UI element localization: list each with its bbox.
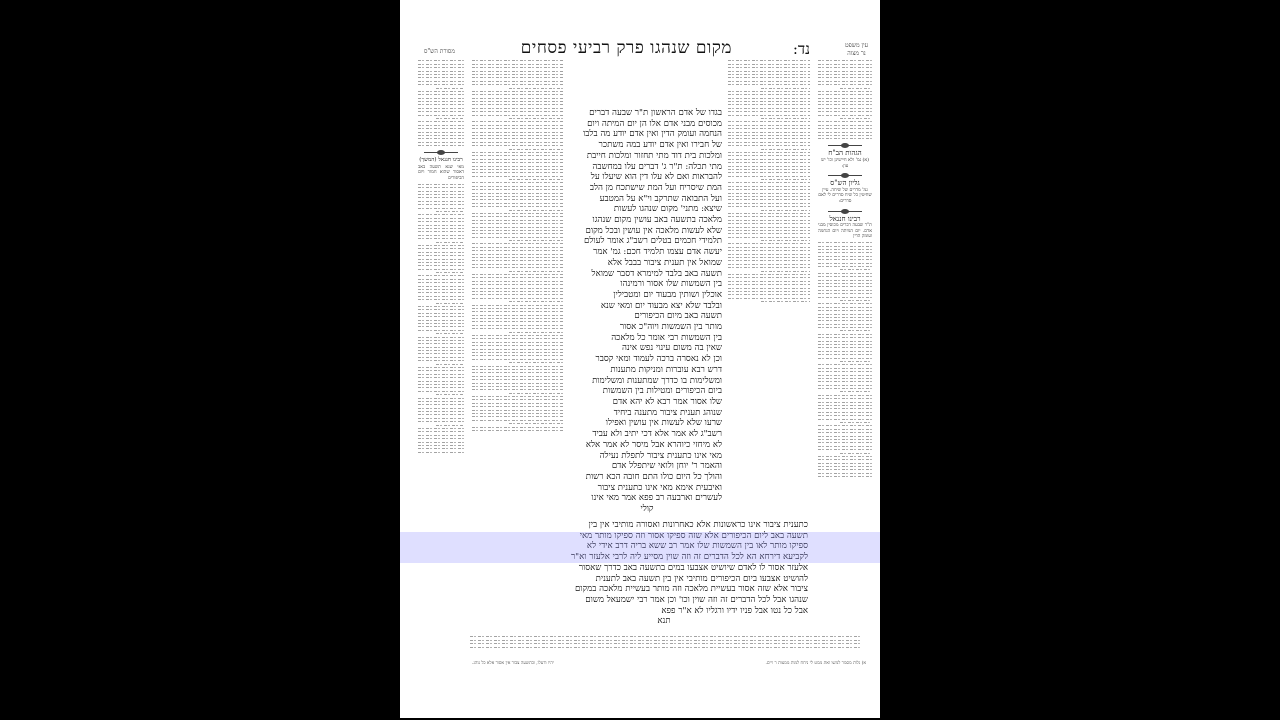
- commentary-text-line: [472, 254, 564, 255]
- commentary-text-line: [509, 332, 564, 333]
- commentary-text-line: [818, 135, 872, 136]
- commentary-text-line: [472, 379, 564, 380]
- commentary-text-line: [818, 456, 872, 457]
- commentary-text-line: [728, 176, 810, 177]
- commentary-text-line: [472, 155, 564, 156]
- gemara-line: ואיבעית אימא מאי אינו כתענית ציבור: [572, 483, 722, 494]
- commentary-text-line: [472, 383, 564, 384]
- commentary-text-line: [418, 408, 464, 409]
- commentary-text-line: [509, 179, 564, 180]
- commentary-text-line: [728, 182, 810, 183]
- commentary-text-line: [818, 354, 872, 355]
- hagahot-heading: הגהות הב"ח: [818, 151, 872, 157]
- commentary-text-line: [728, 91, 810, 92]
- commentary-text-line: [728, 98, 810, 99]
- commentary-text-line: [728, 74, 810, 75]
- commentary-text-line: [418, 225, 464, 226]
- commentary-text-line: [418, 64, 464, 65]
- commentary-text-line: [472, 396, 564, 397]
- commentary-text-line: [418, 313, 464, 314]
- commentary-text-line: [472, 427, 564, 428]
- commentary-text-line: [818, 310, 872, 311]
- commentary-text-line: [728, 94, 810, 95]
- commentary-text-line: [418, 387, 464, 388]
- commentary-text-line: [728, 60, 810, 61]
- commentary-text-line: [818, 371, 872, 372]
- commentary-text-line: [728, 247, 810, 248]
- commentary-text-line: [418, 74, 464, 75]
- commentary-text-line: [418, 228, 464, 229]
- commentary-text-line: [418, 323, 464, 324]
- commentary-text-line: [418, 428, 464, 429]
- commentary-text-line: [472, 338, 564, 339]
- right-margin-commentary: הגהות הב"ח (א) גמ' ולא חיישינן וכו' יש ע…: [818, 58, 872, 480]
- commentary-text-line: [418, 448, 464, 449]
- commentary-text-line: [818, 259, 872, 260]
- commentary-text-line: [472, 142, 564, 143]
- commentary-text-line: [418, 350, 464, 351]
- ein-mishpat-line1: עין משפט: [845, 42, 868, 50]
- commentary-text-line: [818, 436, 872, 437]
- commentary-text-line: [418, 77, 464, 78]
- commentary-text-line: [472, 305, 564, 306]
- commentary-text-line: [418, 330, 464, 331]
- commentary-text-line: [418, 398, 464, 399]
- page-title: מקום שנהגו פרק רביעי פסחים: [521, 38, 732, 58]
- commentary-text-line: [472, 372, 564, 373]
- commentary-text-line: [818, 442, 872, 443]
- commentary-text-line: [728, 132, 810, 133]
- commentary-text-line: [728, 237, 810, 238]
- commentary-text-line: [728, 77, 810, 78]
- commentary-text-line: [818, 439, 872, 440]
- tosafot-column: [472, 58, 564, 433]
- commentary-text-line: [728, 71, 810, 72]
- commentary-text-line: [418, 391, 464, 392]
- ein-mishpat-line2: נר מצוה: [845, 50, 868, 58]
- commentary-text-line: [818, 463, 872, 464]
- commentary-text-line: [472, 159, 564, 160]
- commentary-text-line: [418, 184, 464, 185]
- commentary-text-line: [472, 345, 564, 346]
- commentary-text-line: [818, 375, 872, 376]
- gemara-lower-line: אבל כל נטו אבל פניו ידיו ורגליו לא א"ר פ…: [520, 606, 808, 617]
- commentary-text-line: [418, 374, 464, 375]
- commentary-text-line: [818, 476, 872, 477]
- commentary-text-line: [509, 210, 564, 211]
- gemara-line: ומשלימות בו כדרך שמתענות ומשלימות: [572, 376, 722, 387]
- commentary-text-line: [418, 191, 464, 192]
- commentary-text-line: [418, 111, 464, 112]
- commentary-text-line: [418, 269, 464, 270]
- gemara-line: הנחמה ועומק הדין ואין אדם יודע מה בלבו: [572, 129, 722, 140]
- commentary-text-line: [728, 67, 810, 68]
- gemara-lower-line: ציבור אלא שזה אסור בעשיית מלאכה וזה מותר…: [520, 584, 808, 595]
- commentary-text-line: [818, 266, 872, 267]
- left-rabbeinu-chananel-heading: רבינו חננאל (המשך): [418, 158, 464, 164]
- gemara-line: תלמידי חכמים בטלים רשב"ג אומר לעולם: [572, 236, 722, 247]
- commentary-text-line: [728, 81, 810, 82]
- commentary-text-line: [418, 201, 464, 202]
- commentary-text-line: [418, 343, 464, 344]
- commentary-text-line: [418, 452, 464, 453]
- commentary-text-line: [818, 297, 872, 298]
- commentary-text-line: [472, 108, 564, 109]
- gemara-line: שלא לעשות מלאכה אין עושין ובכל מקום: [572, 226, 722, 237]
- commentary-text-line: [472, 74, 564, 75]
- commentary-text-line: [472, 213, 564, 214]
- commentary-text-line: [418, 370, 464, 371]
- commentary-text-line: [818, 121, 872, 122]
- commentary-text-line: [509, 118, 564, 119]
- commentary-text-line: [472, 237, 564, 238]
- commentary-text-line: [418, 132, 464, 133]
- commentary-text-line: [418, 367, 464, 368]
- commentary-text-line: [418, 248, 464, 249]
- commentary-text-line: [728, 152, 810, 153]
- commentary-text-line: [418, 445, 464, 446]
- commentary-text-line: [418, 414, 464, 415]
- commentary-text-line: [818, 94, 872, 95]
- mesoret-hashas-text: [418, 60, 464, 146]
- commentary-text-line: [472, 386, 564, 387]
- commentary-text-line: [472, 430, 564, 431]
- gemara-lower-line: לקביעא דירחא הא לכל הדברים זה וזה שוין מ…: [520, 552, 808, 563]
- commentary-text-line: [818, 104, 872, 105]
- commentary-text-line: [761, 210, 810, 211]
- commentary-text-line: [418, 292, 464, 293]
- commentary-text-line: [472, 104, 564, 105]
- commentary-text-line: [818, 405, 872, 406]
- commentary-text-line: [418, 194, 464, 195]
- commentary-text-line: [818, 446, 872, 447]
- commentary-text-line: [472, 399, 564, 400]
- commentary-text-line: [472, 71, 564, 72]
- commentary-text-line: [436, 425, 464, 426]
- commentary-text-line: [728, 145, 810, 146]
- commentary-text-line: [472, 349, 564, 350]
- ein-mishpat-text: [818, 60, 872, 139]
- commentary-text-line: [818, 317, 872, 318]
- gemara-lower-line: ספיקו מותר לאו בין השמשות שלו אמר רב ששא…: [520, 541, 808, 552]
- commentary-text-line: [418, 404, 464, 405]
- commentary-text-line: [509, 88, 564, 89]
- commentary-text-line: [761, 240, 810, 241]
- commentary-text-line: [840, 88, 872, 89]
- commentary-text-line: [418, 340, 464, 341]
- ornament-divider-icon: [828, 173, 862, 178]
- commentary-text-line: [418, 231, 464, 232]
- commentary-text-line: [418, 238, 464, 239]
- commentary-text-line: [818, 469, 872, 470]
- talmud-page: עין משפט נר מצוה נד: מקום שנהגו פרק רביע…: [400, 0, 880, 718]
- commentary-text-line: [472, 288, 564, 289]
- commentary-text-line: [728, 243, 810, 244]
- footnote-left: יהיו ודעלו, ובתשעה צבור אין אסור אלא כל …: [472, 660, 554, 666]
- rabbeinu-chananel-text: ת"ר שבעה דברים מכוסין מבני אדם. יום המית…: [818, 223, 872, 240]
- commentary-text-line: [840, 453, 872, 454]
- ornament-divider-icon: [424, 150, 458, 155]
- commentary-text-line: [472, 247, 564, 248]
- commentary-text-line: [509, 393, 564, 394]
- commentary-text-line: [472, 264, 564, 265]
- commentary-text-line: [472, 220, 564, 221]
- commentary-text-line: [418, 411, 464, 412]
- commentary-text-line: [728, 264, 810, 265]
- commentary-text-line: [818, 307, 872, 308]
- commentary-text-line: [728, 108, 810, 109]
- commentary-text-line: [472, 125, 564, 126]
- gemara-line: תשעה באב מיום הכיפורים: [572, 311, 722, 322]
- commentary-text-line: [509, 301, 564, 302]
- commentary-text-line: [418, 245, 464, 246]
- commentary-text-line: [728, 142, 810, 143]
- commentary-text-line: [818, 381, 872, 382]
- commentary-text-line: [472, 318, 564, 319]
- commentary-text-line: [818, 138, 872, 139]
- commentary-text-line: [472, 267, 564, 268]
- commentary-text-line: [728, 166, 810, 167]
- commentary-text-line: [818, 412, 872, 413]
- commentary-text-line: [818, 81, 872, 82]
- commentary-text-line: [418, 218, 464, 219]
- commentary-text-line: [418, 381, 464, 382]
- commentary-text-line: [728, 159, 810, 160]
- commentary-text-line: [472, 81, 564, 82]
- commentary-text-line: [418, 135, 464, 136]
- commentary-text-line: [818, 252, 872, 253]
- commentary-text-line: [818, 132, 872, 133]
- commentary-text-line: [728, 199, 810, 200]
- commentary-text-line: [818, 108, 872, 109]
- commentary-text-line: [472, 260, 564, 261]
- gemara-line: אוכלין ושותין מבעוד יום ומטבילין: [572, 290, 722, 301]
- commentary-text-line: [728, 101, 810, 102]
- commentary-text-line: [418, 197, 464, 198]
- commentary-text-line: [418, 347, 464, 348]
- commentary-text-line: [472, 281, 564, 282]
- commentary-text-line: [472, 101, 564, 102]
- commentary-text-line: [728, 193, 810, 194]
- commentary-text-line: [418, 401, 464, 402]
- commentary-text-line: [818, 344, 872, 345]
- commentary-text-line: [728, 233, 810, 234]
- commentary-text-line: [472, 199, 564, 200]
- commentary-text-line: [818, 91, 872, 92]
- commentary-text-line: [840, 422, 872, 423]
- left-rabbeinu-chananel-text: מאי שנא תשעה באב דאסור שהוא חמור ויום הכ…: [418, 165, 464, 182]
- commentary-text-line: [728, 138, 810, 139]
- gemara-lower-line: אלעזר אסור לו לאדם שיושיט אצבעו במים בתש…: [520, 563, 808, 574]
- commentary-text-line: [818, 290, 872, 291]
- gemara-line: והאמר ר' יוחן ולואי שיתפלל אדם: [572, 461, 722, 472]
- gemara-lower-line: תנא: [520, 616, 808, 627]
- commentary-text-line: [472, 284, 564, 285]
- commentary-text-line: [728, 196, 810, 197]
- commentary-text-line: [818, 341, 872, 342]
- gemara-line: מלאכה בתשעה באב עושין מקום שנהגו: [572, 215, 722, 226]
- commentary-text-line: [818, 351, 872, 352]
- commentary-text-line: [472, 91, 564, 92]
- gemara-line: לא מיחזי כיוהרא אבל מיסר לא אמר אלא: [572, 440, 722, 451]
- commentary-text-line: [472, 325, 564, 326]
- commentary-text-line: [436, 394, 464, 395]
- commentary-text-line: [818, 242, 872, 243]
- commentary-text-line: [436, 272, 464, 273]
- gemara-main-text: בגדו של אדם הראשון ת"ר שבעה דבריםמכוסים …: [572, 108, 722, 518]
- commentary-text-line: [472, 115, 564, 116]
- commentary-text-line: [728, 111, 810, 112]
- commentary-text-line: [418, 289, 464, 290]
- rabbeinu-chananel-continued: [818, 242, 872, 477]
- commentary-text-line: [818, 459, 872, 460]
- commentary-text-line: [418, 438, 464, 439]
- commentary-text-line: [472, 257, 564, 258]
- commentary-text-line: [728, 257, 810, 258]
- commentary-text-line: [436, 364, 464, 365]
- commentary-text-line: [818, 320, 872, 321]
- commentary-text-line: [728, 169, 810, 170]
- commentary-text-line: [818, 327, 872, 328]
- commentary-text-line: [472, 243, 564, 244]
- commentary-text-line: [818, 398, 872, 399]
- commentary-text-line: [818, 256, 872, 257]
- commentary-text-line: [418, 91, 464, 92]
- commentary-text-line: [818, 385, 872, 386]
- gemara-lower-lines: כתענית ציבור אינו כראשונות אלא כאחרונות …: [520, 520, 808, 627]
- commentary-text-line: [418, 262, 464, 263]
- commentary-text-line: [418, 104, 464, 105]
- commentary-text-line: [472, 403, 564, 404]
- commentary-text-line: [472, 128, 564, 129]
- commentary-text-line: [472, 203, 564, 204]
- commentary-text-line: [472, 420, 564, 421]
- commentary-text-line: [818, 77, 872, 78]
- gemara-line: מתי תכלה: ת"ר ג' דברים עלו במחשבה: [572, 162, 722, 173]
- commentary-text-line: [472, 169, 564, 170]
- commentary-text-line: [470, 643, 862, 644]
- commentary-text-line: [418, 84, 464, 85]
- commentary-text-line: [472, 328, 564, 329]
- gemara-line: מותר בין השמשות ויוה"כ אסור: [572, 322, 722, 333]
- commentary-text-line: [418, 214, 464, 215]
- commentary-text-line: [818, 466, 872, 467]
- commentary-text-line: [472, 335, 564, 336]
- hagahot-text: (א) גמ' ולא חיישינן וכו' יש עון:: [818, 158, 872, 169]
- commentary-text-line: [728, 64, 810, 65]
- commentary-text-line: [818, 473, 872, 474]
- commentary-text-line: [818, 408, 872, 409]
- commentary-text-line: [472, 308, 564, 309]
- commentary-text-line: [418, 353, 464, 354]
- commentary-text-line: [840, 118, 872, 119]
- rabbeinu-chananel-heading: רבינו חננאל: [818, 217, 872, 223]
- commentary-text-line: [818, 324, 872, 325]
- commentary-text-line: [818, 449, 872, 450]
- commentary-text-line: [472, 60, 564, 61]
- commentary-text-line: [418, 115, 464, 116]
- tosafot-text: [472, 60, 564, 431]
- commentary-text-line: [728, 294, 810, 295]
- commentary-text-line: [418, 275, 464, 276]
- commentary-text-line: [418, 286, 464, 287]
- commentary-text-line: [840, 269, 872, 270]
- commentary-text-line: [472, 189, 564, 190]
- footer-commentary: [470, 634, 862, 650]
- commentary-text-line: [470, 636, 862, 637]
- commentary-text-line: [728, 223, 810, 224]
- commentary-text-line: [818, 286, 872, 287]
- commentary-text-line: [728, 135, 810, 136]
- commentary-text-line: [472, 352, 564, 353]
- commentary-text-line: [509, 149, 564, 150]
- ornament-divider-icon: [828, 143, 862, 148]
- gemara-lower-line: כתענית ציבור אינו כראשונות אלא כאחרונות …: [520, 520, 808, 531]
- commentary-text-line: [418, 306, 464, 307]
- gemara-line: שמואל אין תענית ציבור בבבל אלא: [572, 258, 722, 269]
- gemara-line: תשעה באב בלבד למימרא דסבר שמואל: [572, 269, 722, 280]
- gemara-line: ובלבד שלא יצא מבעוד יום ומאי שנא: [572, 301, 722, 312]
- commentary-text-line: [728, 291, 810, 292]
- commentary-text-line: [418, 204, 464, 205]
- commentary-text-line: [728, 206, 810, 207]
- commentary-text-line: [472, 413, 564, 414]
- commentary-text-line: [509, 240, 564, 241]
- commentary-text-line: [472, 64, 564, 65]
- gilyon-text: גמ' מדרים של שיחה. עיין שחיטין כל שיח סד…: [818, 188, 872, 205]
- left-margin-commentary: רבינו חננאל (המשך) מאי שנא תשעה באב דאסו…: [418, 58, 464, 455]
- commentary-text-line: [436, 303, 464, 304]
- commentary-text-line: [418, 377, 464, 378]
- commentary-text-line: [470, 647, 862, 648]
- commentary-text-line: [728, 267, 810, 268]
- commentary-text-line: [472, 152, 564, 153]
- gemara-lower-text: כתענית ציבור אינו כראשונות אלא כאחרונות …: [520, 520, 808, 627]
- gemara-line: שיצא: מתני' מקום שנהגו לעשות: [572, 204, 722, 215]
- commentary-text-line: [818, 125, 872, 126]
- commentary-text-line: [472, 94, 564, 95]
- commentary-text-line: [418, 309, 464, 310]
- commentary-text-line: [728, 125, 810, 126]
- gemara-line: מכוסים מבני אדם אלו הן יום המיתה ויום: [572, 119, 722, 130]
- rashi-text: [728, 60, 810, 302]
- commentary-text-line: [728, 104, 810, 105]
- commentary-text-line: [472, 223, 564, 224]
- commentary-text-line: [818, 115, 872, 116]
- commentary-text-line: [728, 288, 810, 289]
- commentary-text-line: [472, 315, 564, 316]
- commentary-text-line: [761, 88, 810, 89]
- commentary-text-line: [818, 263, 872, 264]
- commentary-text-line: [418, 384, 464, 385]
- commentary-text-line: [818, 419, 872, 420]
- commentary-text-line: [818, 273, 872, 274]
- commentary-text-line: [472, 166, 564, 167]
- commentary-text-line: [472, 111, 564, 112]
- left-margin-continued: [418, 184, 464, 453]
- commentary-text-line: [418, 326, 464, 327]
- commentary-text-line: [818, 293, 872, 294]
- commentary-text-line: [472, 376, 564, 377]
- commentary-text-line: [418, 316, 464, 317]
- commentary-text-line: [840, 361, 872, 362]
- commentary-text-line: [418, 121, 464, 122]
- commentary-text-line: [818, 402, 872, 403]
- commentary-text-line: [818, 280, 872, 281]
- ornament-divider-icon: [828, 209, 862, 214]
- ein-mishpat-label: עין משפט נר מצוה: [845, 42, 868, 58]
- commentary-text-line: [728, 284, 810, 285]
